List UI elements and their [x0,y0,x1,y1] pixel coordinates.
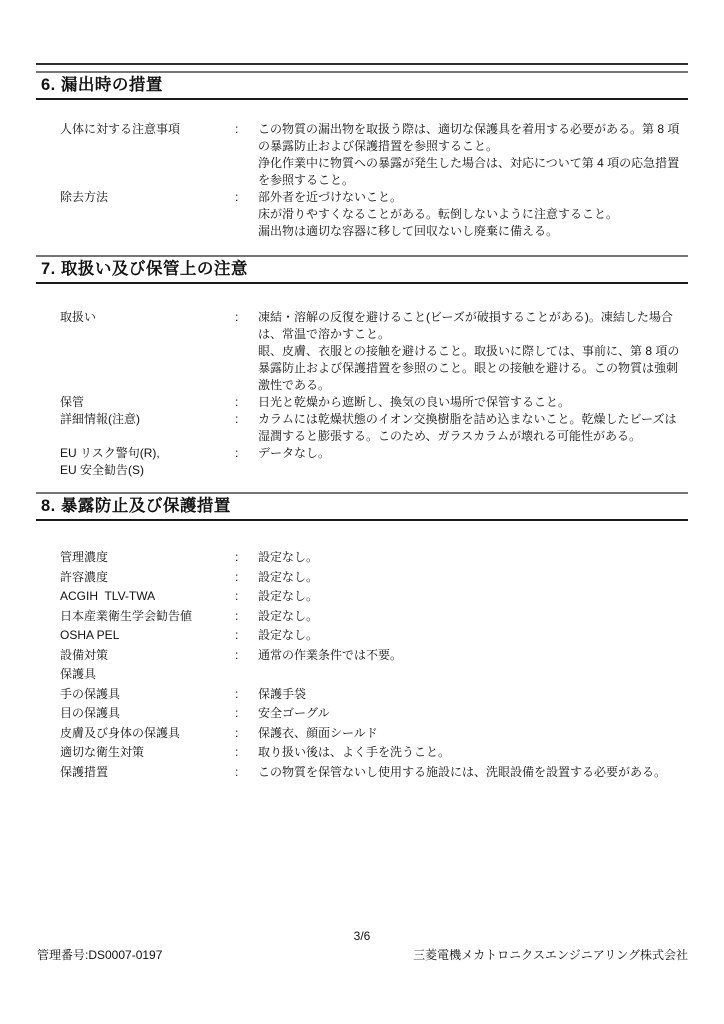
field-value-paragraph: 眼、皮膚、衣服との接触を避けること。取扱いに際しては、事前に、第 8 項の暴露防… [258,343,688,394]
page-footer: 管理番号:DS0007-0197 三菱電機メカトロニクスエンジニアリング株式会社 [37,946,688,963]
field-colon: : [235,647,258,664]
field-colon: : [235,121,258,138]
field-row: 管理濃度:設定なし。 [60,549,688,566]
section-6-title: 6. 漏出時の措置 [41,76,163,94]
page-top-rule [36,63,688,65]
field-value: 設定なし。 [258,588,688,605]
field-value-paragraph: 安全ゴーグル [258,705,688,722]
field-value: 設定なし。 [258,627,688,644]
field-row: 取扱い:凍結・溶解の反復を避けること(ビーズが破損することがある)。凍結した場合… [60,309,688,394]
field-value: 凍結・溶解の反復を避けること(ビーズが破損することがある)。凍結した場合は、常温… [258,309,688,394]
field-row: 許容濃度:設定なし。 [60,569,688,586]
field-value: この物質の漏出物を取扱う際は、適切な保護具を着用する必要がある。第 8 項の暴露… [258,121,688,189]
page-number: 3/6 [0,929,724,943]
field-colon: : [235,394,258,411]
field-value-paragraph: 通常の作業条件では不要。 [258,647,688,664]
field-value: 保護衣、顔面シールド [258,725,688,742]
field-value: 日光と乾燥から遮断し、換気の良い場所で保管すること。 [258,394,688,411]
field-label: 適切な衛生対策 [60,744,235,761]
field-label: ACGIH TLV-TWA [60,588,235,605]
section-8-rows: 管理濃度:設定なし。許容濃度:設定なし。ACGIH TLV-TWA:設定なし。日… [60,549,688,783]
section-8-header: 8. 暴露防止及び保護措置 [36,492,688,521]
field-colon: : [235,549,258,566]
field-colon: : [235,686,258,703]
field-label: 人体に対する注意事項 [60,121,235,138]
field-value-paragraph: この物質を保管ないし使用する施設には、洗眼設備を設置する必要がある。 [258,764,688,781]
field-value-paragraph: 設定なし。 [258,588,688,605]
field-row: EU リスク警句(R), EU 安全勧告(S):データなし。 [60,445,688,479]
field-label: 許容濃度 [60,569,235,586]
field-colon: : [235,588,258,605]
field-value-paragraph: 部外者を近づけないこと。 [258,189,688,206]
field-value-paragraph: 保護衣、顔面シールド [258,725,688,742]
field-row: 設備対策:通常の作業条件では不要。 [60,647,688,664]
field-value-paragraph: 設定なし。 [258,627,688,644]
section-6-header: 6. 漏出時の措置 [36,71,688,100]
field-label: 保管 [60,394,235,411]
field-label: EU リスク警句(R), EU 安全勧告(S) [60,445,235,479]
field-value: カラムには乾燥状態のイオン交換樹脂を詰め込まないこと。乾燥したビーズは湿潤すると… [258,411,688,445]
field-value-paragraph: 漏出物は適切な容器に移して回収ないし廃棄に備える。 [258,223,688,240]
field-value-paragraph: 床が滑りやすくなることがある。転倒しないように注意すること。 [258,206,688,223]
field-row: 保護具 [60,666,688,683]
field-label: 詳細情報(注意) [60,411,235,428]
field-value: 設定なし。 [258,608,688,625]
sds-document-page: 6. 漏出時の措置 人体に対する注意事項:この物質の漏出物を取扱う際は、適切な保… [0,0,724,1024]
company-name: 三菱電機メカトロニクスエンジニアリング株式会社 [413,946,688,963]
field-colon: : [235,705,258,722]
section-6-rows: 人体に対する注意事項:この物質の漏出物を取扱う際は、適切な保護具を着用する必要が… [60,121,688,240]
field-value: 通常の作業条件では不要。 [258,647,688,664]
field-value-paragraph: 保護手袋 [258,686,688,703]
field-value-paragraph: カラムには乾燥状態のイオン交換樹脂を詰め込まないこと。乾燥したビーズは湿潤すると… [258,411,688,445]
field-value: 保護手袋 [258,686,688,703]
field-colon: : [235,764,258,781]
document-control-number: 管理番号:DS0007-0197 [37,946,162,963]
field-label: OSHA PEL [60,627,235,644]
field-row: 皮膚及び身体の保護具:保護衣、顔面シールド [60,725,688,742]
field-colon: : [235,725,258,742]
field-row: 目の保護具:安全ゴーグル [60,705,688,722]
section-7-header: 7. 取扱い及び保管上の注意 [36,255,688,284]
field-colon: : [235,411,258,428]
field-colon: : [235,569,258,586]
field-value-paragraph: 設定なし。 [258,549,688,566]
section-7-title: 7. 取扱い及び保管上の注意 [41,260,248,278]
field-row: ACGIH TLV-TWA:設定なし。 [60,588,688,605]
field-colon: : [235,309,258,326]
field-label: 目の保護具 [60,705,235,722]
field-colon: : [235,744,258,761]
field-row: 詳細情報(注意):カラムには乾燥状態のイオン交換樹脂を詰め込まないこと。乾燥した… [60,411,688,445]
field-value: 部外者を近づけないこと。床が滑りやすくなることがある。転倒しないように注意するこ… [258,189,688,240]
field-row: 保管:日光と乾燥から遮断し、換気の良い場所で保管すること。 [60,394,688,411]
field-label: 保護具 [60,666,235,683]
field-value-paragraph: 凍結・溶解の反復を避けること(ビーズが破損することがある)。凍結した場合は、常温… [258,309,688,343]
field-colon: : [235,189,258,206]
field-value: 取り扱い後は、よく手を洗うこと。 [258,744,688,761]
field-row: OSHA PEL:設定なし。 [60,627,688,644]
field-value-paragraph: 浄化作業中に物質への暴露が発生した場合は、対応について第 4 項の応急措置を参照… [258,155,688,189]
field-row: 保護措置:この物質を保管ないし使用する施設には、洗眼設備を設置する必要がある。 [60,764,688,781]
field-value: データなし。 [258,445,688,462]
field-value: 設定なし。 [258,549,688,566]
field-row: 日本産業衛生学会勧告値:設定なし。 [60,608,688,625]
section-7-rows: 取扱い:凍結・溶解の反復を避けること(ビーズが破損することがある)。凍結した場合… [60,309,688,479]
field-value-paragraph: データなし。 [258,445,688,462]
section-8-title: 8. 暴露防止及び保護措置 [41,497,231,515]
field-label: 皮膚及び身体の保護具 [60,725,235,742]
field-value-paragraph: 設定なし。 [258,608,688,625]
field-value-paragraph: 取り扱い後は、よく手を洗うこと。 [258,744,688,761]
field-label: 日本産業衛生学会勧告値 [60,608,235,625]
field-label: 管理濃度 [60,549,235,566]
field-colon: : [235,445,258,462]
field-value-paragraph: 日光と乾燥から遮断し、換気の良い場所で保管すること。 [258,394,688,411]
field-colon: : [235,608,258,625]
field-label: 除去方法 [60,189,235,206]
field-value: 設定なし。 [258,569,688,586]
field-label: 手の保護具 [60,686,235,703]
field-row: 手の保護具:保護手袋 [60,686,688,703]
field-row: 人体に対する注意事項:この物質の漏出物を取扱う際は、適切な保護具を着用する必要が… [60,121,688,189]
field-label: 設備対策 [60,647,235,664]
field-colon: : [235,627,258,644]
field-row: 除去方法:部外者を近づけないこと。床が滑りやすくなることがある。転倒しないように… [60,189,688,240]
field-value: この物質を保管ないし使用する施設には、洗眼設備を設置する必要がある。 [258,764,688,781]
field-value-paragraph: この物質の漏出物を取扱う際は、適切な保護具を着用する必要がある。第 8 項の暴露… [258,121,688,155]
field-label: 取扱い [60,309,235,326]
field-row: 適切な衛生対策:取り扱い後は、よく手を洗うこと。 [60,744,688,761]
field-value-paragraph: 設定なし。 [258,569,688,586]
field-label: 保護措置 [60,764,235,781]
field-value: 安全ゴーグル [258,705,688,722]
